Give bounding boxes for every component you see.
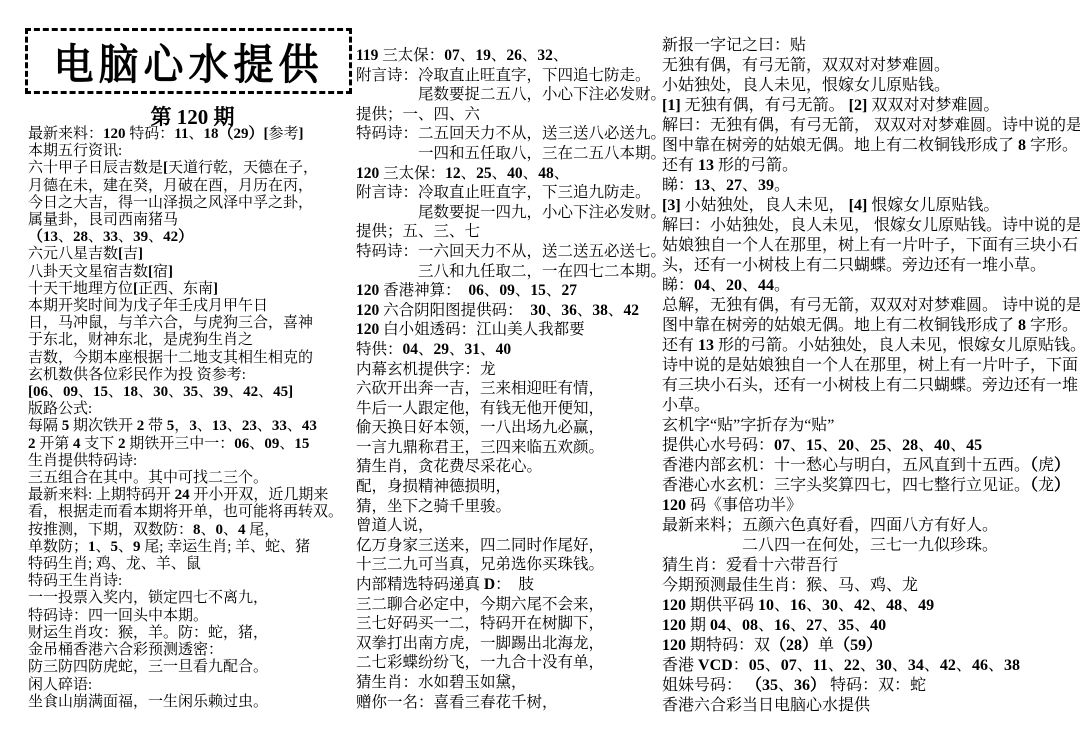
text-line: 头，还有一小树枝上有二只蝴蝶。旁边还有一堆小草。 xyxy=(662,256,1080,276)
middle-column: 119 三太保：07、19、26、32、附言诗：冷取直止旺直字，下四追七防走。 … xyxy=(356,46,668,712)
text-line: 特码诗：二五回天力不从，送三送八必送九。 xyxy=(356,124,668,144)
text-line: 120 白小姐透码：江山美人我都要 xyxy=(356,320,668,340)
text-line: 本期开奖时间为戊子年壬戌月甲午日 xyxy=(28,298,352,315)
text-line: 一言九鼎称君王，三四来临五欢颜。 xyxy=(356,438,668,458)
text-line: 十三二九可当真，兄弟选你买珠钱。 xyxy=(356,555,668,575)
left-column: 最新来料：120 特码：11、18（29）[参考]本期五行资讯:六十甲子日辰吉数… xyxy=(28,126,352,711)
text-line: 牛后一人跟定他，有钱无他开便知， xyxy=(356,399,668,419)
text-line: [1] 无独有偶，有弓无箭。 [2] 双双对对梦难圆。 xyxy=(662,96,1080,116)
text-line: 小姑独处，良人未见，恨嫁女儿原贴钱。 xyxy=(662,76,1080,96)
text-line: 120 三太保：12、25、40、48、 xyxy=(356,164,668,184)
text-line: 图中靠在树旁的姑娘无偶。地上有二枚铜钱形成了 8 字形。 xyxy=(662,316,1080,336)
text-line: 二七彩蝶纷纷飞，一九合十没有单， xyxy=(356,653,668,673)
text-line: 玄机数供各位彩民作为投 资参考: xyxy=(28,367,352,384)
text-line: 十天干地理方位[正西、东南] xyxy=(28,281,352,298)
text-line: 新报一字记之曰：贴 xyxy=(662,36,1080,56)
text-line: 香港心水玄机：三字头奖算四七，四七整行立见证。（龙） xyxy=(662,476,1080,496)
page-title: 电脑心水提供 xyxy=(54,31,324,91)
text-line: 闲人碎语: xyxy=(28,677,352,694)
text-line: 特码诗：一六回天力不从，送二送五必送七。 xyxy=(356,242,668,262)
text-line: 日，马冲鼠，与羊六合，与虎狗三合，喜神 xyxy=(28,315,352,332)
text-line: 按推测，下期，双数防：8、0、4 尾， xyxy=(28,522,352,539)
text-line: 姑娘独自一个人在那里，树上有一片叶子，下面有三块小石 xyxy=(662,236,1080,256)
text-line: 曾道人说， xyxy=(356,516,668,536)
text-line: 每隔 5 期次铁开 2 带 5，3、13、23、33、43 xyxy=(28,418,352,435)
text-line: 单数防；1、5、9 尾; 幸运生肖; 羊、蛇、猪 xyxy=(28,539,352,556)
text-line: 六十甲子日辰吉数是[天道行乾，天德在子， xyxy=(28,160,352,177)
text-line: 图中靠在树旁的姑娘无偶。地上有二枚铜钱形成了 8 字形。 xyxy=(662,136,1080,156)
text-line: 猜生肖，贪花费尽采花心。 xyxy=(356,457,668,477)
text-line: 还有 13 形的弓箭。 xyxy=(662,156,1080,176)
text-line: 月德在未，建在癸，月破在酉，月历在丙， xyxy=(28,178,352,195)
text-line: 本期五行资讯: xyxy=(28,143,352,160)
text-line: 120 期供平码 10、16、30、42、48、49 xyxy=(662,596,1080,616)
text-line: 睇：04、20、44。 xyxy=(662,276,1080,296)
text-line: 偷天换日好本领，一八出场九必赢， xyxy=(356,418,668,438)
text-line: 玄机字“贴”字折存为“贴” xyxy=(662,416,1080,436)
text-line: 提供；五、三、七 xyxy=(356,222,668,242)
text-line: 提供；一、四、六 xyxy=(356,105,668,125)
text-line: 总解，无独有偶，有弓无箭，双双对对梦难圆。 诗中说的是 xyxy=(662,296,1080,316)
text-line: 属量卦，艮司西南猪马 xyxy=(28,212,352,229)
text-line: 今日之大吉，得一山泽损之风泽中孚之卦， xyxy=(28,195,352,212)
text-line: 坐食山崩满面福，一生闲乐赖过虫。 xyxy=(28,694,352,711)
tip-sheet-page: 电脑心水提供 第 120 期 最新来料：120 特码：11、18（29）[参考]… xyxy=(0,0,1080,750)
text-line: 财运生肖攻：猴，羊。防：蛇，猪， xyxy=(28,625,352,642)
text-line: 有三块小石头，还有一小树枝上有二只蝴蝶。旁边还有一堆 xyxy=(662,376,1080,396)
right-column: 新报一字记之曰：贴无独有偶，有弓无箭，双双对对梦难圆。小姑独处，良人未见，恨嫁女… xyxy=(662,36,1080,716)
text-line: 尾数要捉一四九，小心下注必发财。 xyxy=(356,203,668,223)
text-line: （13、28、33、39、42） xyxy=(28,229,352,246)
text-line: 120 期 04、08、16、27、35、40 xyxy=(662,616,1080,636)
text-line: 最新来料；五颜六色真好看，四面八方有好人。 xyxy=(662,516,1080,536)
text-line: 120 期特码：双（28）单（59） xyxy=(662,636,1080,656)
title-box: 电脑心水提供 xyxy=(25,28,352,94)
text-line: 猜生肖：水如碧玉如黛， xyxy=(356,673,668,693)
text-line: 猜生肖：爱看十六带吾行 xyxy=(662,556,1080,576)
text-line: 特码诗：四一回头中本期。 xyxy=(28,608,352,625)
text-line: 八卦天文星宿吉数[宿] xyxy=(28,264,352,281)
text-line: 六元八星吉数[吉] xyxy=(28,246,352,263)
text-line: 今期预测最佳生肖：猴、马、鸡、龙 xyxy=(662,576,1080,596)
text-line: 还有 13 形的弓箭。小姑独处，良人未见，恨嫁女儿原贴钱。 xyxy=(662,336,1080,356)
text-line: 三二聊合必定中，今期六尾不会来， xyxy=(356,595,668,615)
text-line: 一一投票入奖内，锁定四七不离九， xyxy=(28,590,352,607)
text-line: 诗中说的是姑娘独自一个人在那里，树上有一片叶子，下面 xyxy=(662,356,1080,376)
text-line: 三五组合在其中。其中可找二三个。 xyxy=(28,470,352,487)
text-line: 119 三太保：07、19、26、32、 xyxy=(356,46,668,66)
text-line: 六砍开出奔一吉，三来相迎旺有情， xyxy=(356,379,668,399)
text-line: 二八四一在何处，三七一九似珍珠。 xyxy=(662,536,1080,556)
text-line: 生肖提供特码诗: xyxy=(28,453,352,470)
text-line: 版路公式: xyxy=(28,401,352,418)
text-line: 于东北，财神东北，是虎狗生肖之 xyxy=(28,332,352,349)
text-line: 解曰：小姑独处，良人未见， 恨嫁女儿原贴钱。诗中说的是 xyxy=(662,216,1080,236)
text-line: 姐妹号码： （35、36） 特码：双：蛇 xyxy=(662,676,1080,696)
text-line: 防三防四防虎蛇，三一旦看九配合。 xyxy=(28,659,352,676)
text-line: 赠你一名：喜看三春花千树， xyxy=(356,693,668,713)
text-line: 吉数，今期本座根据十二地支其相生相克的 xyxy=(28,350,352,367)
text-line: 特码生肖; 鸡、龙、羊、鼠 xyxy=(28,556,352,573)
text-line: 120 六合阴阳图提供码： 30、36、38、42 xyxy=(356,301,668,321)
text-line: 最新来料: 上期特码开 24 开小开双，近几期来 xyxy=(28,487,352,504)
text-line: 120 香港神算： 06、09、15、27 xyxy=(356,281,668,301)
text-line: 看，根据走而看本期将开单，也可能将再转双。 xyxy=(28,504,352,521)
text-line: 特供：04、29、31、40 xyxy=(356,340,668,360)
text-line: 内部精选特码递真 D： 肢 xyxy=(356,575,668,595)
text-line: [06、09、15、18、30、35、39、42、45] xyxy=(28,384,352,401)
text-line: 尾数要捉二五八，小心下注必发财。 xyxy=(356,85,668,105)
text-line: 附言诗：冷取直止旺直字，下三追九防走。 xyxy=(356,183,668,203)
text-line: 附言诗：冷取直止旺直字，下四追七防走。 xyxy=(356,66,668,86)
text-line: 猜，坐下之骑千里骏。 xyxy=(356,497,668,517)
text-line: 亿万身家三送来，四二同时作尾好， xyxy=(356,536,668,556)
text-line: 配，身损精神德损明， xyxy=(356,477,668,497)
text-line: 三八和九任取二，一在四七二本期。 xyxy=(356,262,668,282)
text-line: 最新来料：120 特码：11、18（29）[参考] xyxy=(28,126,352,143)
text-line: [3] 小姑独处，良人未见， [4] 恨嫁女儿原贴钱。 xyxy=(662,196,1080,216)
text-line: 无独有偶，有弓无箭，双双对对梦难圆。 xyxy=(662,56,1080,76)
text-line: 香港六合彩当日电脑心水提供 xyxy=(662,696,1080,716)
text-line: 香港内部玄机：十一愁心与明白，五风直到十五西。（虎） xyxy=(662,456,1080,476)
text-line: 特码王生肖诗: xyxy=(28,573,352,590)
text-line: 金吊桶香港六合彩预测透密： xyxy=(28,642,352,659)
text-line: 2 开第 4 支下 2 期铁开三中一：06、09、15 xyxy=(28,436,352,453)
text-line: 120 码《事倍功半》 xyxy=(662,496,1080,516)
text-line: 提供心水号码：07、15、20、25、28、40、45 xyxy=(662,436,1080,456)
text-line: 内幕玄机提供字：龙 xyxy=(356,360,668,380)
text-line: 小草。 xyxy=(662,396,1080,416)
text-line: 睇：13、27、39。 xyxy=(662,176,1080,196)
text-line: 解曰：无独有偶，有弓无箭， 双双对对梦难圆。诗中说的是 xyxy=(662,116,1080,136)
text-line: 一四和五任取八，三在二五八本期。 xyxy=(356,144,668,164)
text-line: 香港 VCD：05、07、11、22、30、34、42、46、38 xyxy=(662,656,1080,676)
text-line: 双拳打出南方虎，一脚踢出北海龙， xyxy=(356,634,668,654)
text-line: 三七好码买一二，特码开在树脚下， xyxy=(356,614,668,634)
